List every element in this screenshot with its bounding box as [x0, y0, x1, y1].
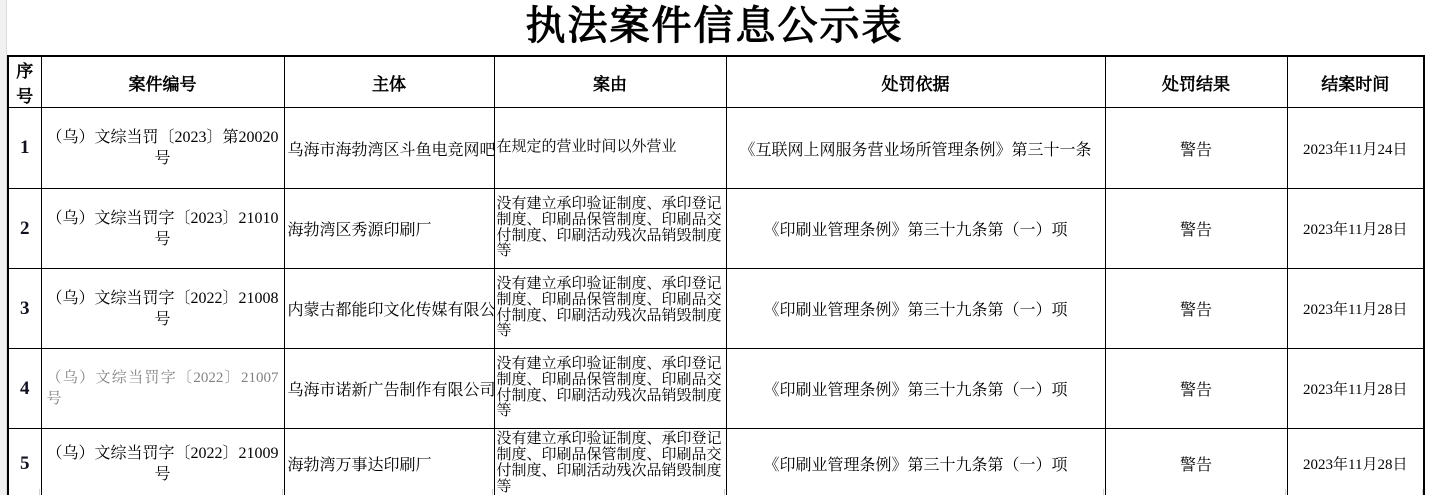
cell-subject: 内蒙古都能印文化传媒有限公: [284, 269, 494, 349]
cell-serial: 4: [8, 349, 41, 429]
table-row: 2 （乌）文综当罚字〔2023〕21010号 海勃湾区秀源印刷厂 没有建立承印验…: [8, 189, 1424, 269]
header-case-number: 案件编号: [41, 56, 284, 108]
cell-close-date: 2023年11月28日: [1287, 269, 1424, 349]
cell-punishment-basis: 《印刷业管理条例》第三十九条第（一）项: [726, 269, 1105, 349]
table-header-row: 序号 案件编号 主体 案由 处罚依据 处罚结果 结案时间: [8, 56, 1424, 108]
table-row: 3 （乌）文综当罚字〔2022〕21008号 内蒙古都能印文化传媒有限公 没有建…: [8, 269, 1424, 349]
cell-punishment-basis: 《互联网上网服务营业场所管理条例》第三十一条: [726, 108, 1105, 189]
cell-close-date: 2023年11月24日: [1287, 108, 1424, 189]
table-row: 4 （乌）文综当罚字〔2022〕21007号 乌海市诺新广告制作有限公司 没有建…: [8, 349, 1424, 429]
cell-punishment-basis: 《印刷业管理条例》第三十九条第（一）项: [726, 429, 1105, 495]
partial-next-row-gridlines: [7, 489, 1423, 495]
enforcement-case-table: 序号 案件编号 主体 案由 处罚依据 处罚结果 结案时间 1 （乌）文综当罚〔2…: [7, 55, 1425, 495]
cell-cause: 没有建立承印验证制度、承印登记制度、印刷品保管制度、印刷品交付制度、印刷活动残次…: [494, 349, 726, 429]
cell-close-date: 2023年11月28日: [1287, 189, 1424, 269]
cell-case-number: （乌）文综当罚字〔2022〕21009号: [41, 429, 284, 495]
header-punishment-basis: 处罚依据: [726, 56, 1105, 108]
header-serial: 序号: [8, 56, 41, 108]
cell-punishment-result: 警告: [1105, 349, 1287, 429]
header-subject: 主体: [284, 56, 494, 108]
table-row: 1 （乌）文综当罚〔2023〕第20020号 乌海市海勃湾区斗鱼电竞网吧 在规定…: [8, 108, 1424, 189]
cell-serial: 1: [8, 108, 41, 189]
cell-close-date: 2023年11月28日: [1287, 429, 1424, 495]
cell-cause: 没有建立承印验证制度、承印登记制度、印刷品保管制度、印刷品交付制度、印刷活动残次…: [494, 189, 726, 269]
table-row: 5 （乌）文综当罚字〔2022〕21009号 海勃湾万事达印刷厂 没有建立承印验…: [8, 429, 1424, 495]
header-punishment-result: 处罚结果: [1105, 56, 1287, 108]
header-cause: 案由: [494, 56, 726, 108]
cell-case-number: （乌）文综当罚字〔2022〕21008号: [41, 269, 284, 349]
cell-serial: 2: [8, 189, 41, 269]
cell-subject: 海勃湾区秀源印刷厂: [284, 189, 494, 269]
cell-punishment-basis: 《印刷业管理条例》第三十九条第（一）项: [726, 189, 1105, 269]
cell-subject: 乌海市海勃湾区斗鱼电竞网吧: [284, 108, 494, 189]
cell-punishment-result: 警告: [1105, 189, 1287, 269]
cell-punishment-result: 警告: [1105, 429, 1287, 495]
page: 执法案件信息公示表 序号 案件编号 主体 案由 处罚依据 处罚结果 结案时间: [0, 0, 1429, 495]
cell-case-number: （乌）文综当罚字〔2023〕21010号: [41, 189, 284, 269]
cell-punishment-result: 警告: [1105, 108, 1287, 189]
cell-serial: 5: [8, 429, 41, 495]
cell-case-number: （乌）文综当罚字〔2022〕21007号: [41, 349, 284, 429]
cell-punishment-result: 警告: [1105, 269, 1287, 349]
left-margin-strip: [0, 0, 7, 495]
cell-cause: 没有建立承印验证制度、承印登记制度、印刷品保管制度、印刷品交付制度、印刷活动残次…: [494, 429, 726, 495]
cell-cause: 在规定的营业时间以外营业: [494, 108, 726, 189]
cell-case-number: （乌）文综当罚〔2023〕第20020号: [41, 108, 284, 189]
cell-punishment-basis: 《印刷业管理条例》第三十九条第（一）项: [726, 349, 1105, 429]
cell-subject: 海勃湾万事达印刷厂: [284, 429, 494, 495]
cell-serial: 3: [8, 269, 41, 349]
cell-cause: 没有建立承印验证制度、承印登记制度、印刷品保管制度、印刷品交付制度、印刷活动残次…: [494, 269, 726, 349]
header-close-date: 结案时间: [1287, 56, 1424, 108]
page-title: 执法案件信息公示表: [0, 0, 1429, 55]
cell-subject: 乌海市诺新广告制作有限公司: [284, 349, 494, 429]
cell-close-date: 2023年11月28日: [1287, 349, 1424, 429]
